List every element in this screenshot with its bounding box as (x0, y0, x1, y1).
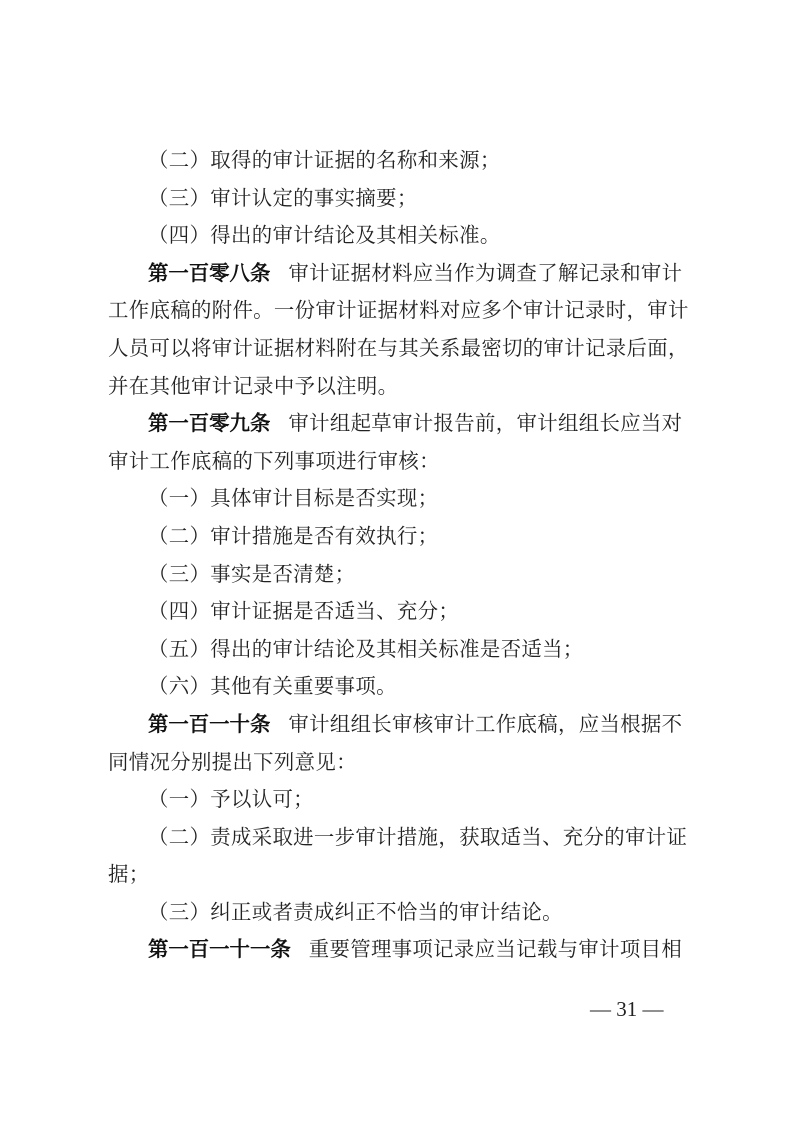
article-number: 第一百零九条 (148, 411, 270, 435)
article-text-line: 人员可以将审计证据材料附在与其关系最密切的审计记录后面， (108, 330, 690, 368)
article-number: 第一百一十条 (148, 712, 270, 736)
list-item: （四）得出的审计结论及其相关标准。 (108, 217, 690, 255)
article-text-line: 工作底稿的附件。一份审计证据材料对应多个审计记录时，审计 (108, 292, 690, 330)
list-item: （四）审计证据是否适当、充分； (108, 593, 690, 631)
article-text: 审计证据材料应当作为调查了解记录和审计 (288, 261, 682, 285)
article-110-first-line: 第一百一十条审计组组长审核审计工作底稿，应当根据不 (108, 706, 690, 744)
document-page: （二）取得的审计证据的名称和来源； （三）审计认定的事实摘要； （四）得出的审计… (108, 142, 690, 969)
article-number: 第一百一十一条 (148, 937, 291, 961)
article-text-line: 审计工作底稿的下列事项进行审核： (108, 443, 690, 481)
article-108-first-line: 第一百零八条审计证据材料应当作为调查了解记录和审计 (108, 255, 690, 293)
article-109-first-line: 第一百零九条审计组起草审计报告前，审计组组长应当对 (108, 405, 690, 443)
list-item: （二）取得的审计证据的名称和来源； (108, 142, 690, 180)
list-item: （三）事实是否清楚； (108, 556, 690, 594)
article-text: 重要管理事项记录应当记载与审计项目相 (309, 937, 682, 961)
list-item: （二）审计措施是否有效执行； (108, 518, 690, 556)
page-number: — 31 — (590, 997, 664, 1022)
list-item: （五）得出的审计结论及其相关标准是否适当； (108, 631, 690, 669)
article-text-line: 并在其他审计记录中予以注明。 (108, 368, 690, 406)
list-item: （三）纠正或者责成纠正不恰当的审计结论。 (108, 894, 690, 932)
article-number: 第一百零八条 (148, 261, 270, 285)
list-item: （六）其他有关重要事项。 (108, 668, 690, 706)
article-111-first-line: 第一百一十一条重要管理事项记录应当记载与审计项目相 (108, 931, 690, 969)
list-item-continuation: 据； (108, 856, 690, 894)
list-item: （一）予以认可； (108, 781, 690, 819)
article-text: 审计组起草审计报告前，审计组组长应当对 (288, 411, 682, 435)
article-text: 审计组组长审核审计工作底稿，应当根据不 (288, 712, 682, 736)
list-item: （三）审计认定的事实摘要； (108, 180, 690, 218)
list-item: （二）责成采取进一步审计措施，获取适当、充分的审计证 (108, 819, 690, 857)
article-text-line: 同情况分别提出下列意见： (108, 744, 690, 782)
list-item: （一）具体审计目标是否实现； (108, 480, 690, 518)
